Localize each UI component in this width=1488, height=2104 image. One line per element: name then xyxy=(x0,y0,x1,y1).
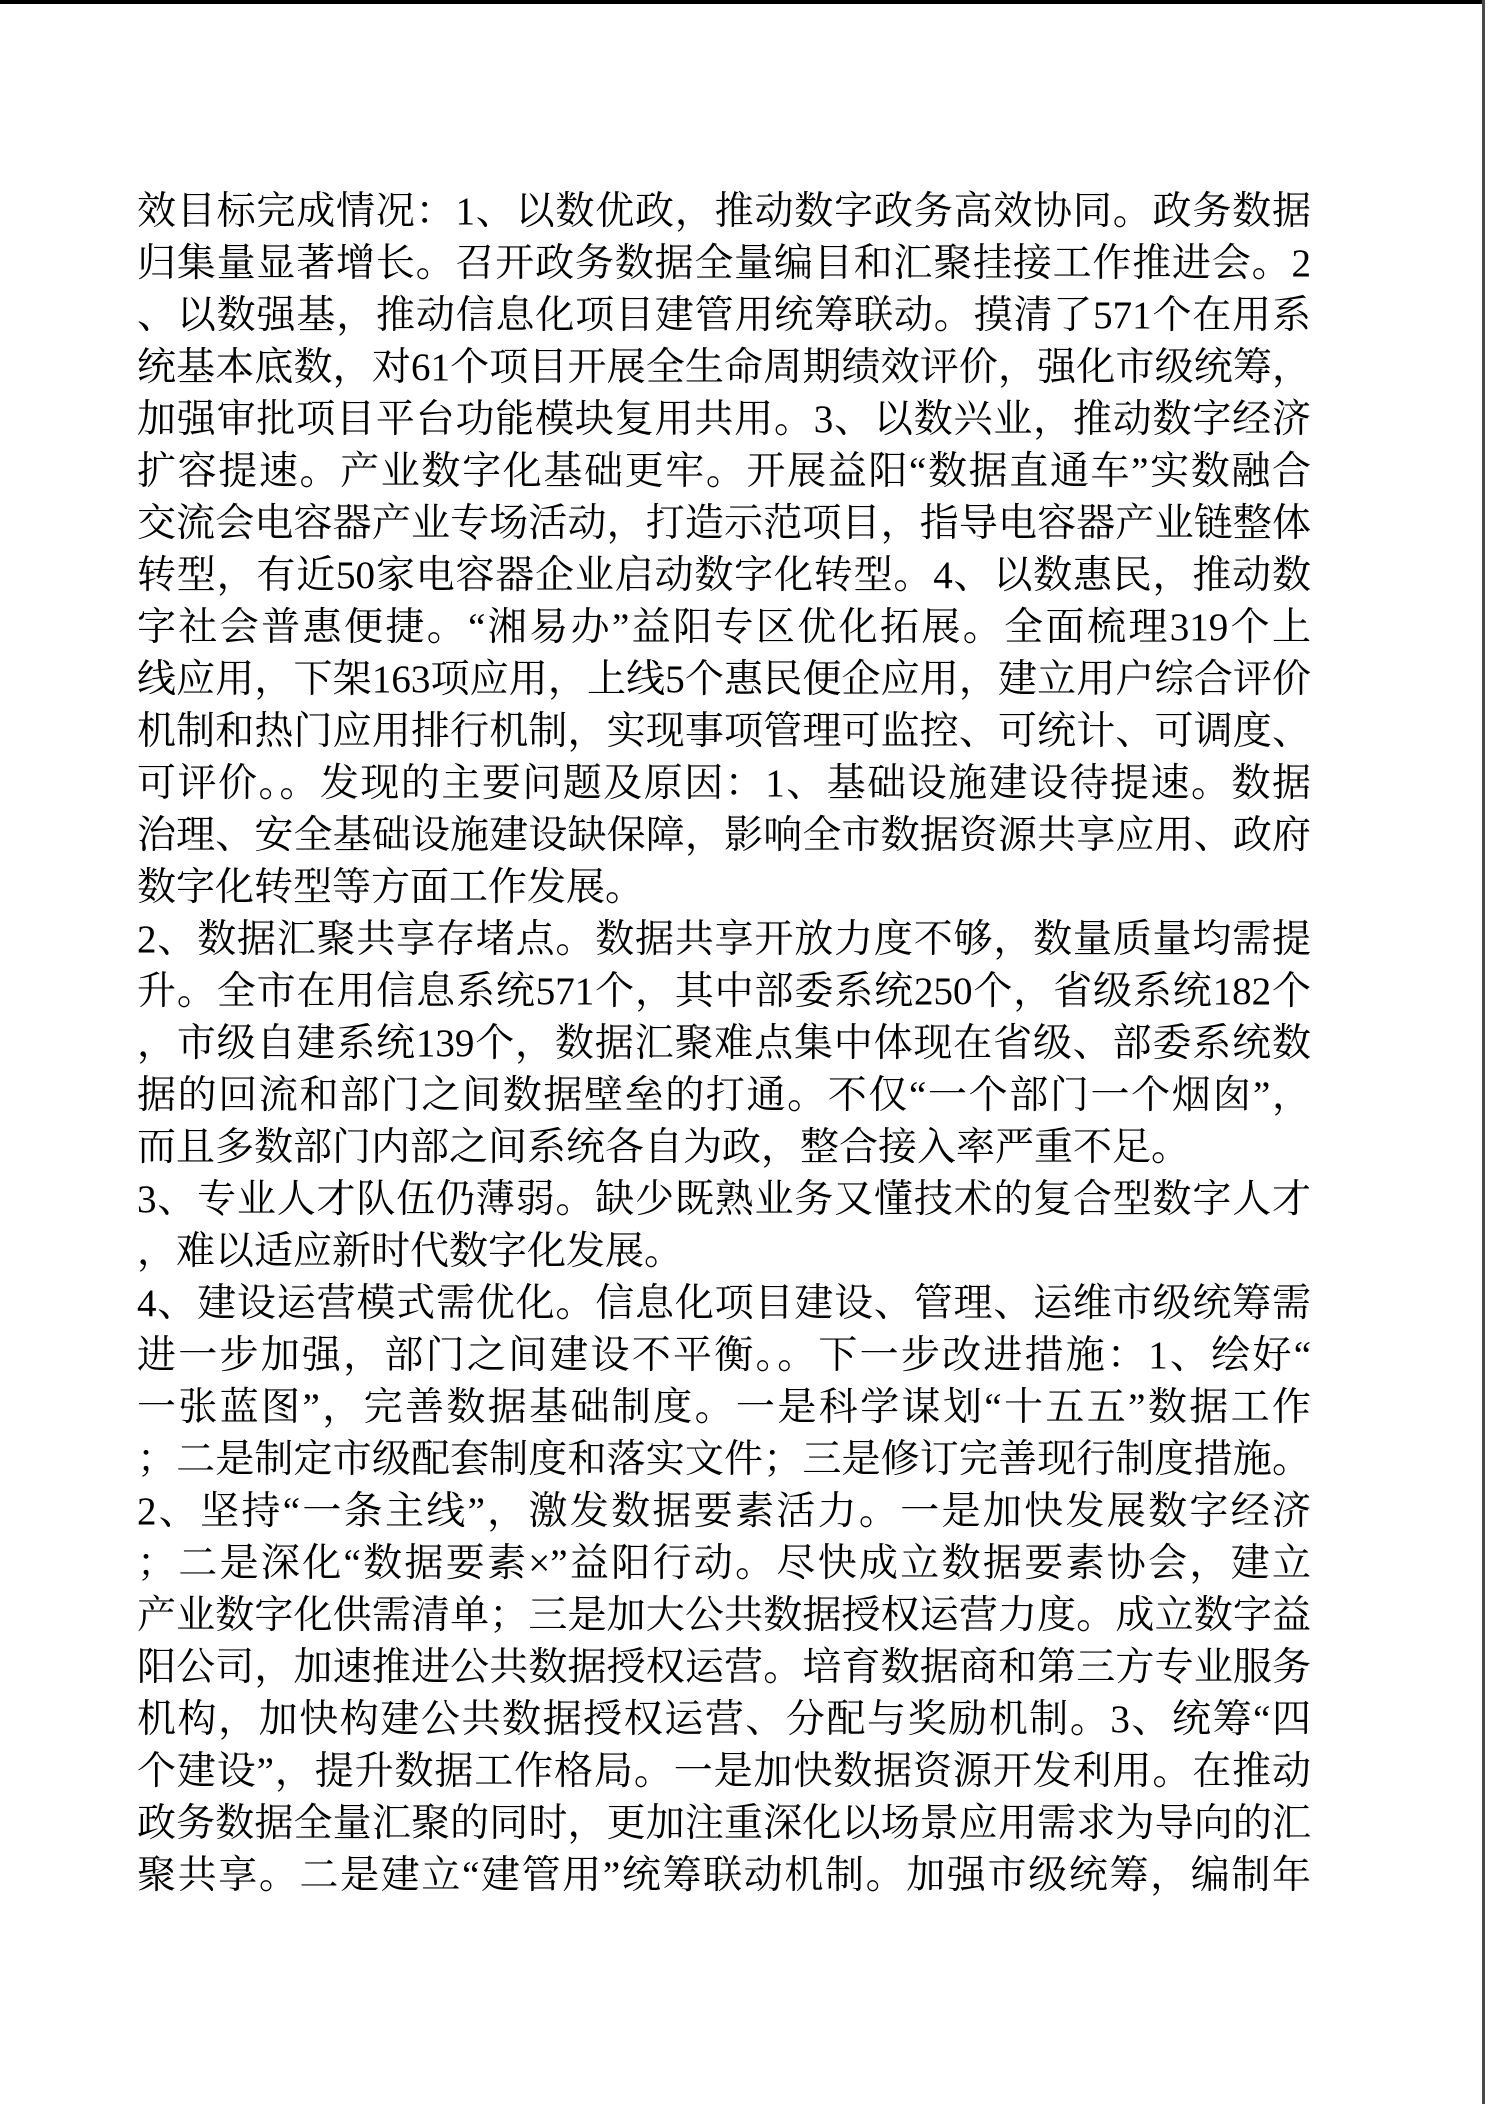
text-line: 聚共享。二是建立“建管用”统筹联动机制。加强市级统筹，编制年 xyxy=(137,1850,1311,1902)
text-line: 据的回流和部门之间数据壁垒的打通。不仅“一个部门一个烟囱”， xyxy=(137,1070,1311,1122)
text-line: 升。全市在用信息系统571个，其中部委系统250个，省级系统182个 xyxy=(137,966,1311,1018)
text-line: 转型，有近50家电容器企业启动数字化转型。4、以数惠民，推动数 xyxy=(137,550,1311,602)
text-line: 字社会普惠便捷。“湘易办”益阳专区优化拓展。全面梳理319个上 xyxy=(137,602,1311,654)
text-line: 加强审批项目平台功能模块复用共用。3、以数兴业，推动数字经济 xyxy=(137,394,1311,446)
text-line: 机制和热门应用排行机制，实现事项管理可监控、可统计、可调度、 xyxy=(137,706,1311,758)
text-line: 统基本底数，对61个项目开展全生命周期绩效评价，强化市级统筹， xyxy=(137,342,1311,394)
text-line: 扩容提速。产业数字化基础更牢。开展益阳“数据直通车”实数融合 xyxy=(137,446,1311,498)
text-line: 产业数字化供需清单；三是加大公共数据授权运营力度。成立数字益 xyxy=(137,1590,1311,1642)
text-line: 个建设”，提升数据工作格局。一是加快数据资源开发利用。在推动 xyxy=(137,1746,1311,1798)
text-line: 线应用，下架163项应用，上线5个惠民便企应用，建立用户综合评价 xyxy=(137,654,1311,706)
text-line: ，市级自建系统139个，数据汇聚难点集中体现在省级、部委系统数 xyxy=(137,1018,1311,1070)
text-line: ；二是深化“数据要素×”益阳行动。尽快成立数据要素协会，建立 xyxy=(137,1538,1311,1590)
text-line: 4、建设运营模式需优化。信息化项目建设、管理、运维市级统筹需 xyxy=(137,1278,1311,1330)
text-line: ，难以适应新时代数字化发展。 xyxy=(137,1226,1311,1278)
text-line: 阳公司，加速推进公共数据授权运营。培育数据商和第三方专业服务 xyxy=(137,1642,1311,1694)
document-page: 效目标完成情况：1、以数优政，推动数字政务高效协同。政务数据归集量显著增长。召开… xyxy=(0,0,1488,2104)
text-line: 、以数强基，推动信息化项目建管用统筹联动。摸清了571个在用系 xyxy=(137,290,1311,342)
text-line: 2、坚持“一条主线”，激发数据要素活力。一是加快发展数字经济 xyxy=(137,1486,1311,1538)
text-line: 机构，加快构建公共数据授权运营、分配与奖励机制。3、统筹“四 xyxy=(137,1694,1311,1746)
text-line: 数字化转型等方面工作发展。 xyxy=(137,862,1311,914)
text-line: 交流会电容器产业专场活动，打造示范项目，指导电容器产业链整体 xyxy=(137,498,1311,550)
right-border-line xyxy=(1482,0,1485,2104)
text-line: 而且多数部门内部之间系统各自为政，整合接入率严重不足。 xyxy=(137,1122,1311,1174)
text-line: 可评价。。发现的主要问题及原因：1、基础设施建设待提速。数据 xyxy=(137,758,1311,810)
text-line: 归集量显著增长。召开政务数据全量编目和汇聚挂接工作推进会。2 xyxy=(137,238,1311,290)
text-block: 效目标完成情况：1、以数优政，推动数字政务高效协同。政务数据归集量显著增长。召开… xyxy=(137,186,1311,1902)
text-line: 一张蓝图”，完善数据基础制度。一是科学谋划“十五五”数据工作 xyxy=(137,1382,1311,1434)
text-line: 治理、安全基础设施建设缺保障，影响全市数据资源共享应用、政府 xyxy=(137,810,1311,862)
text-line: 2、数据汇聚共享存堵点。数据共享开放力度不够，数量质量均需提 xyxy=(137,914,1311,966)
text-line: 3、专业人才队伍仍薄弱。缺少既熟业务又懂技术的复合型数字人才 xyxy=(137,1174,1311,1226)
text-line: 政务数据全量汇聚的同时，更加注重深化以场景应用需求为导向的汇 xyxy=(137,1798,1311,1850)
text-line: ；二是制定市级配套制度和落实文件；三是修订完善现行制度措施。 xyxy=(137,1434,1311,1486)
text-line: 效目标完成情况：1、以数优政，推动数字政务高效协同。政务数据 xyxy=(137,186,1311,238)
text-line: 进一步加强，部门之间建设不平衡。。下一步改进措施：1、绘好“ xyxy=(137,1330,1311,1382)
top-border-bar xyxy=(0,0,1483,4)
